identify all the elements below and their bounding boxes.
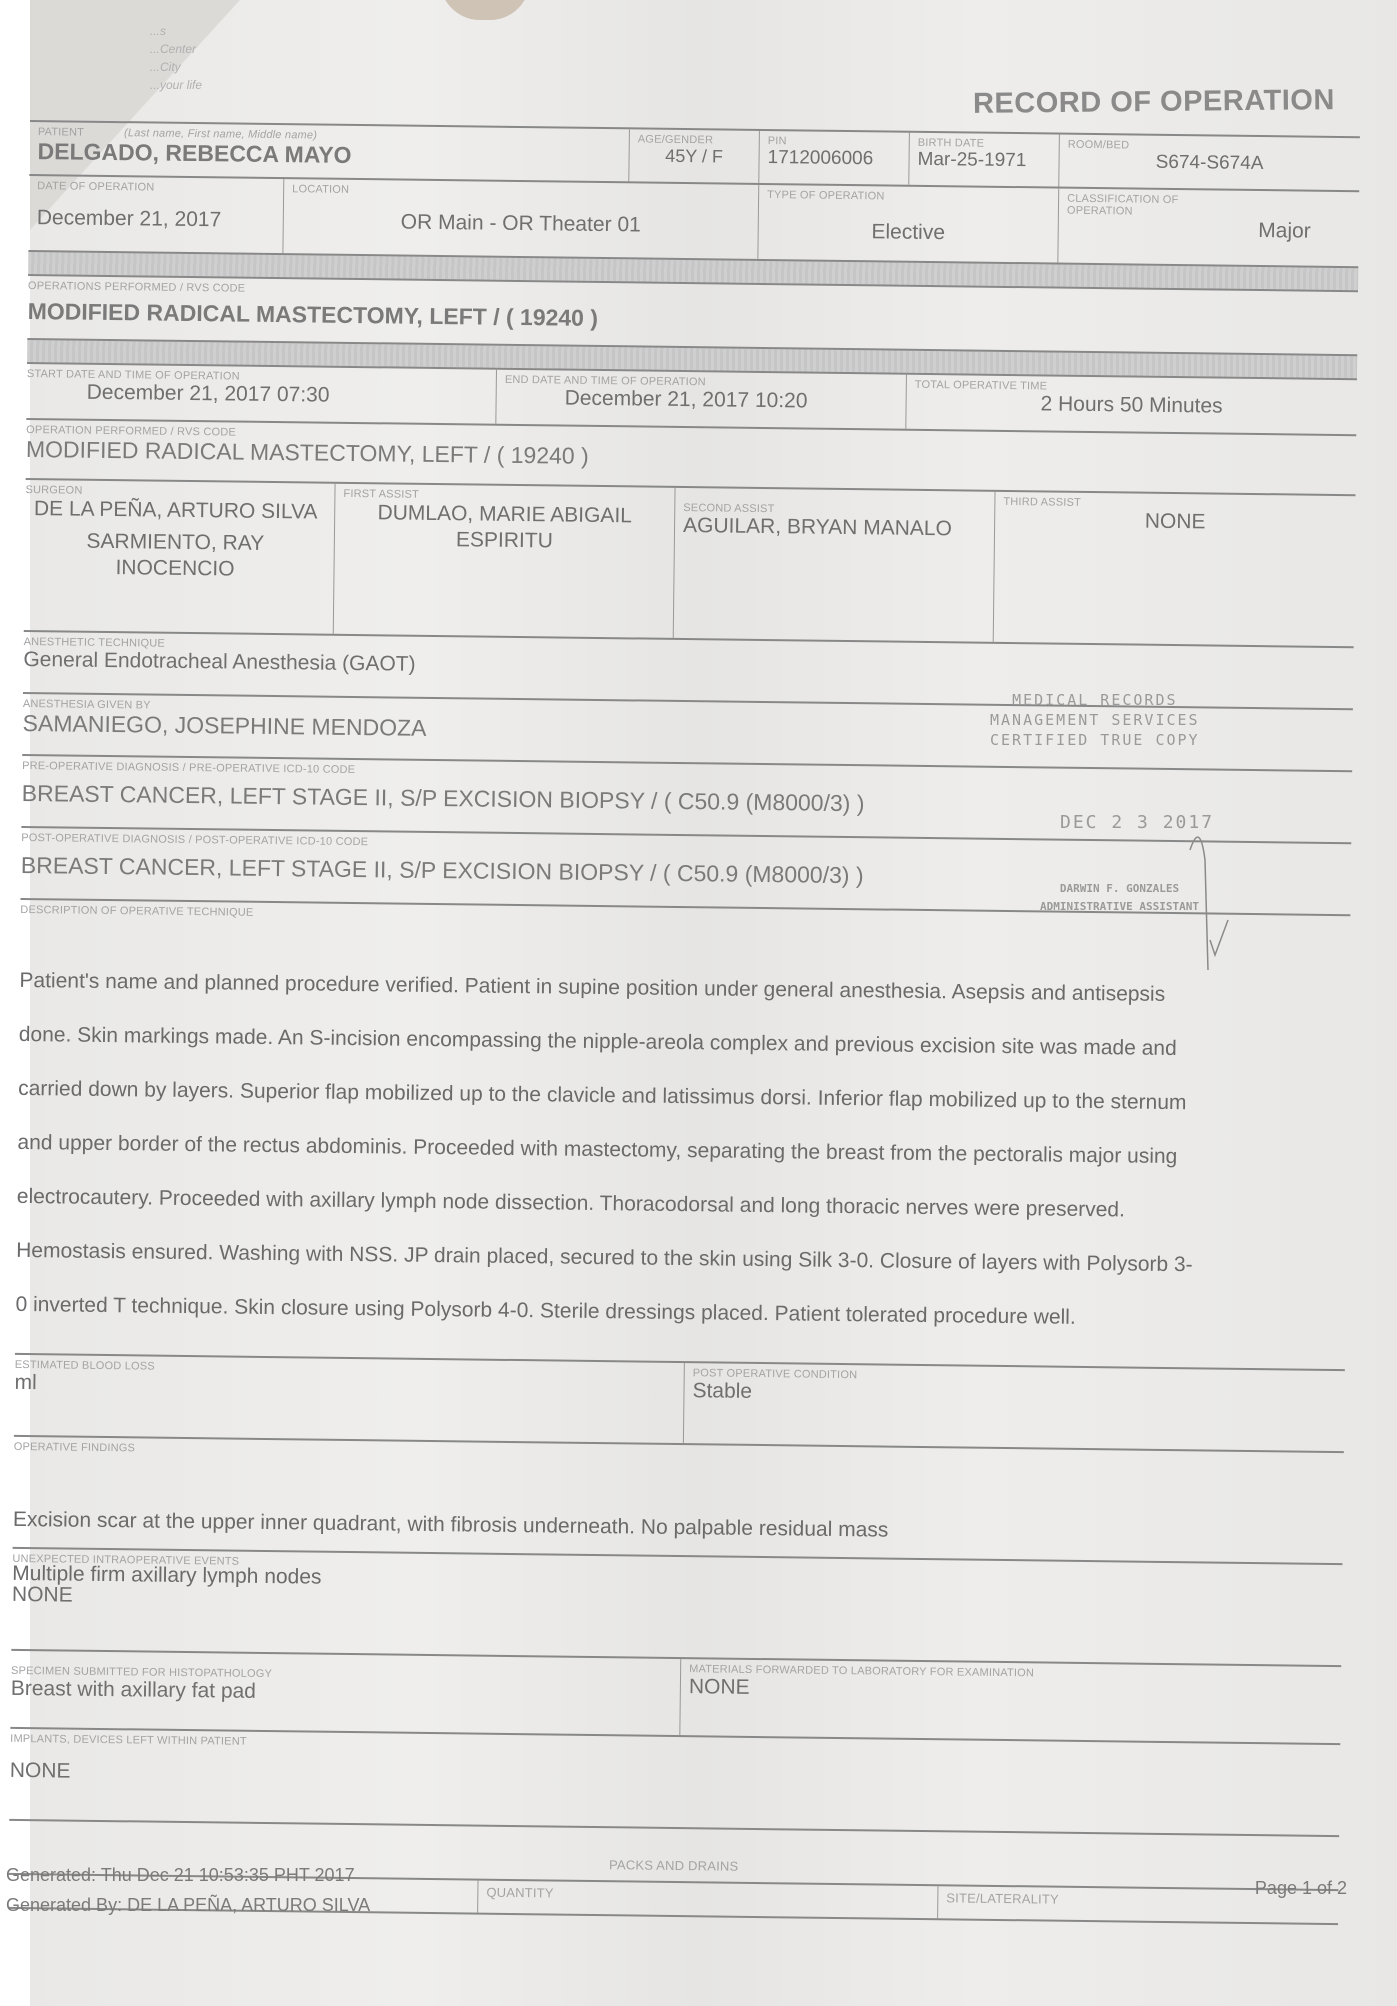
classification-field: CLASSIFICATION OF OPERATION Major bbox=[1058, 189, 1359, 267]
page-number: Page 1 of 2 bbox=[1255, 1878, 1347, 1899]
start-time-field: START DATE AND TIME OF OPERATION Decembe… bbox=[26, 364, 497, 424]
specimen-field: SPECIMEN SUBMITTED FOR HISTOPATHOLOGY Br… bbox=[10, 1651, 681, 1735]
blood-loss-field: ESTIMATED BLOOD LOSS ml bbox=[14, 1355, 685, 1443]
implants-row: IMPLANTS, DEVICES LEFT WITHIN PATIENT NO… bbox=[9, 1729, 1340, 1837]
surgeon-name: SARMIENTO, RAY INOCENCIO bbox=[24, 528, 326, 584]
patient-name: DELGADO, REBECCA MAYO bbox=[37, 138, 620, 172]
birth-date-field: BIRTH DATE Mar-25-1971 bbox=[909, 133, 1060, 187]
footer-generated-info: Generated: Thu Dec 21 10:53:35 PHT 2017 … bbox=[6, 1860, 370, 1920]
generated-by: Generated By: DE LA PEÑA, ARTURO SILVA bbox=[6, 1890, 370, 1920]
operation-info-row: DATE OF OPERATION December 21, 2017 LOCA… bbox=[28, 176, 1359, 268]
location-field: LOCATION OR Main - OR Theater 01 bbox=[283, 179, 759, 259]
operative-findings-row: OPERATIVE FINDINGS Excision scar at the … bbox=[13, 1437, 1344, 1565]
operative-technique-text: Patient's name and planned procedure ver… bbox=[15, 936, 1342, 1365]
document-title: RECORD OF OPERATION bbox=[973, 84, 1335, 121]
date-of-operation-field: DATE OF OPERATION December 21, 2017 bbox=[28, 176, 284, 253]
surgeon-field: SURGEON DE LA PEÑA, ARTURO SILVA SARMIEN… bbox=[24, 480, 336, 634]
second-assist-field: SECOND ASSIST AGUILAR, BRYAN MANALO bbox=[674, 488, 996, 642]
total-time-field: TOTAL OPERATIVE TIME 2 Hours 50 Minutes bbox=[906, 375, 1357, 434]
pin-field: PIN 1712006006 bbox=[759, 131, 910, 185]
hospital-logo-text: ...s ...Center ...City ...your life bbox=[150, 22, 202, 94]
room-bed-field: ROOM/BED S674-S674A bbox=[1059, 135, 1360, 191]
age-gender-field: AGE/GENDER 45Y / F bbox=[629, 129, 760, 183]
operative-technique-field: DESCRIPTION OF OPERATIVE TECHNIQUE Patie… bbox=[15, 900, 1350, 1369]
unexpected-events-field: UNEXPECTED INTRAOPERATIVE EVENTS NONE bbox=[11, 1549, 1342, 1665]
stamp-signatory: DARWIN F. GONZALES ADMINISTRATIVE ASSIST… bbox=[1040, 880, 1199, 916]
patient-field: PATIENT(Last name, First name, Middle na… bbox=[29, 122, 630, 181]
post-op-condition-field: POST OPERATIVE CONDITION Stable bbox=[684, 1363, 1345, 1451]
operative-findings-field: OPERATIVE FINDINGS Excision scar at the … bbox=[13, 1437, 1344, 1563]
third-assist-field: THIRD ASSIST NONE bbox=[994, 492, 1356, 646]
unexpected-events-row: UNEXPECTED INTRAOPERATIVE EVENTS NONE bbox=[11, 1549, 1342, 1667]
first-assist-field: FIRST ASSIST DUMLAO, MARIE ABIGAIL ESPIR… bbox=[334, 484, 676, 638]
operation-form: PATIENT(Last name, First name, Middle na… bbox=[8, 120, 1360, 1925]
materials-forwarded-field: MATERIALS FORWARDED TO LABORATORY FOR EX… bbox=[680, 1659, 1341, 1743]
operative-technique-row: DESCRIPTION OF OPERATIVE TECHNIQUE Patie… bbox=[15, 900, 1350, 1371]
signature-mark bbox=[1180, 820, 1240, 970]
end-time-field: END DATE AND TIME OF OPERATION December … bbox=[496, 370, 907, 429]
certified-true-copy-stamp: MEDICAL RECORDS MANAGEMENT SERVICES CERT… bbox=[990, 690, 1200, 750]
surgeon-name: DE LA PEÑA, ARTURO SILVA bbox=[25, 496, 326, 526]
implants-field: IMPLANTS, DEVICES LEFT WITHIN PATIENT NO… bbox=[9, 1729, 1340, 1835]
surgical-team-row: SURGEON DE LA PEÑA, ARTURO SILVA SARMIEN… bbox=[24, 480, 1356, 648]
type-of-operation-field: TYPE OF OPERATION Elective bbox=[758, 185, 1059, 263]
generated-timestamp: Generated: Thu Dec 21 10:53:35 PHT 2017 bbox=[6, 1860, 370, 1890]
